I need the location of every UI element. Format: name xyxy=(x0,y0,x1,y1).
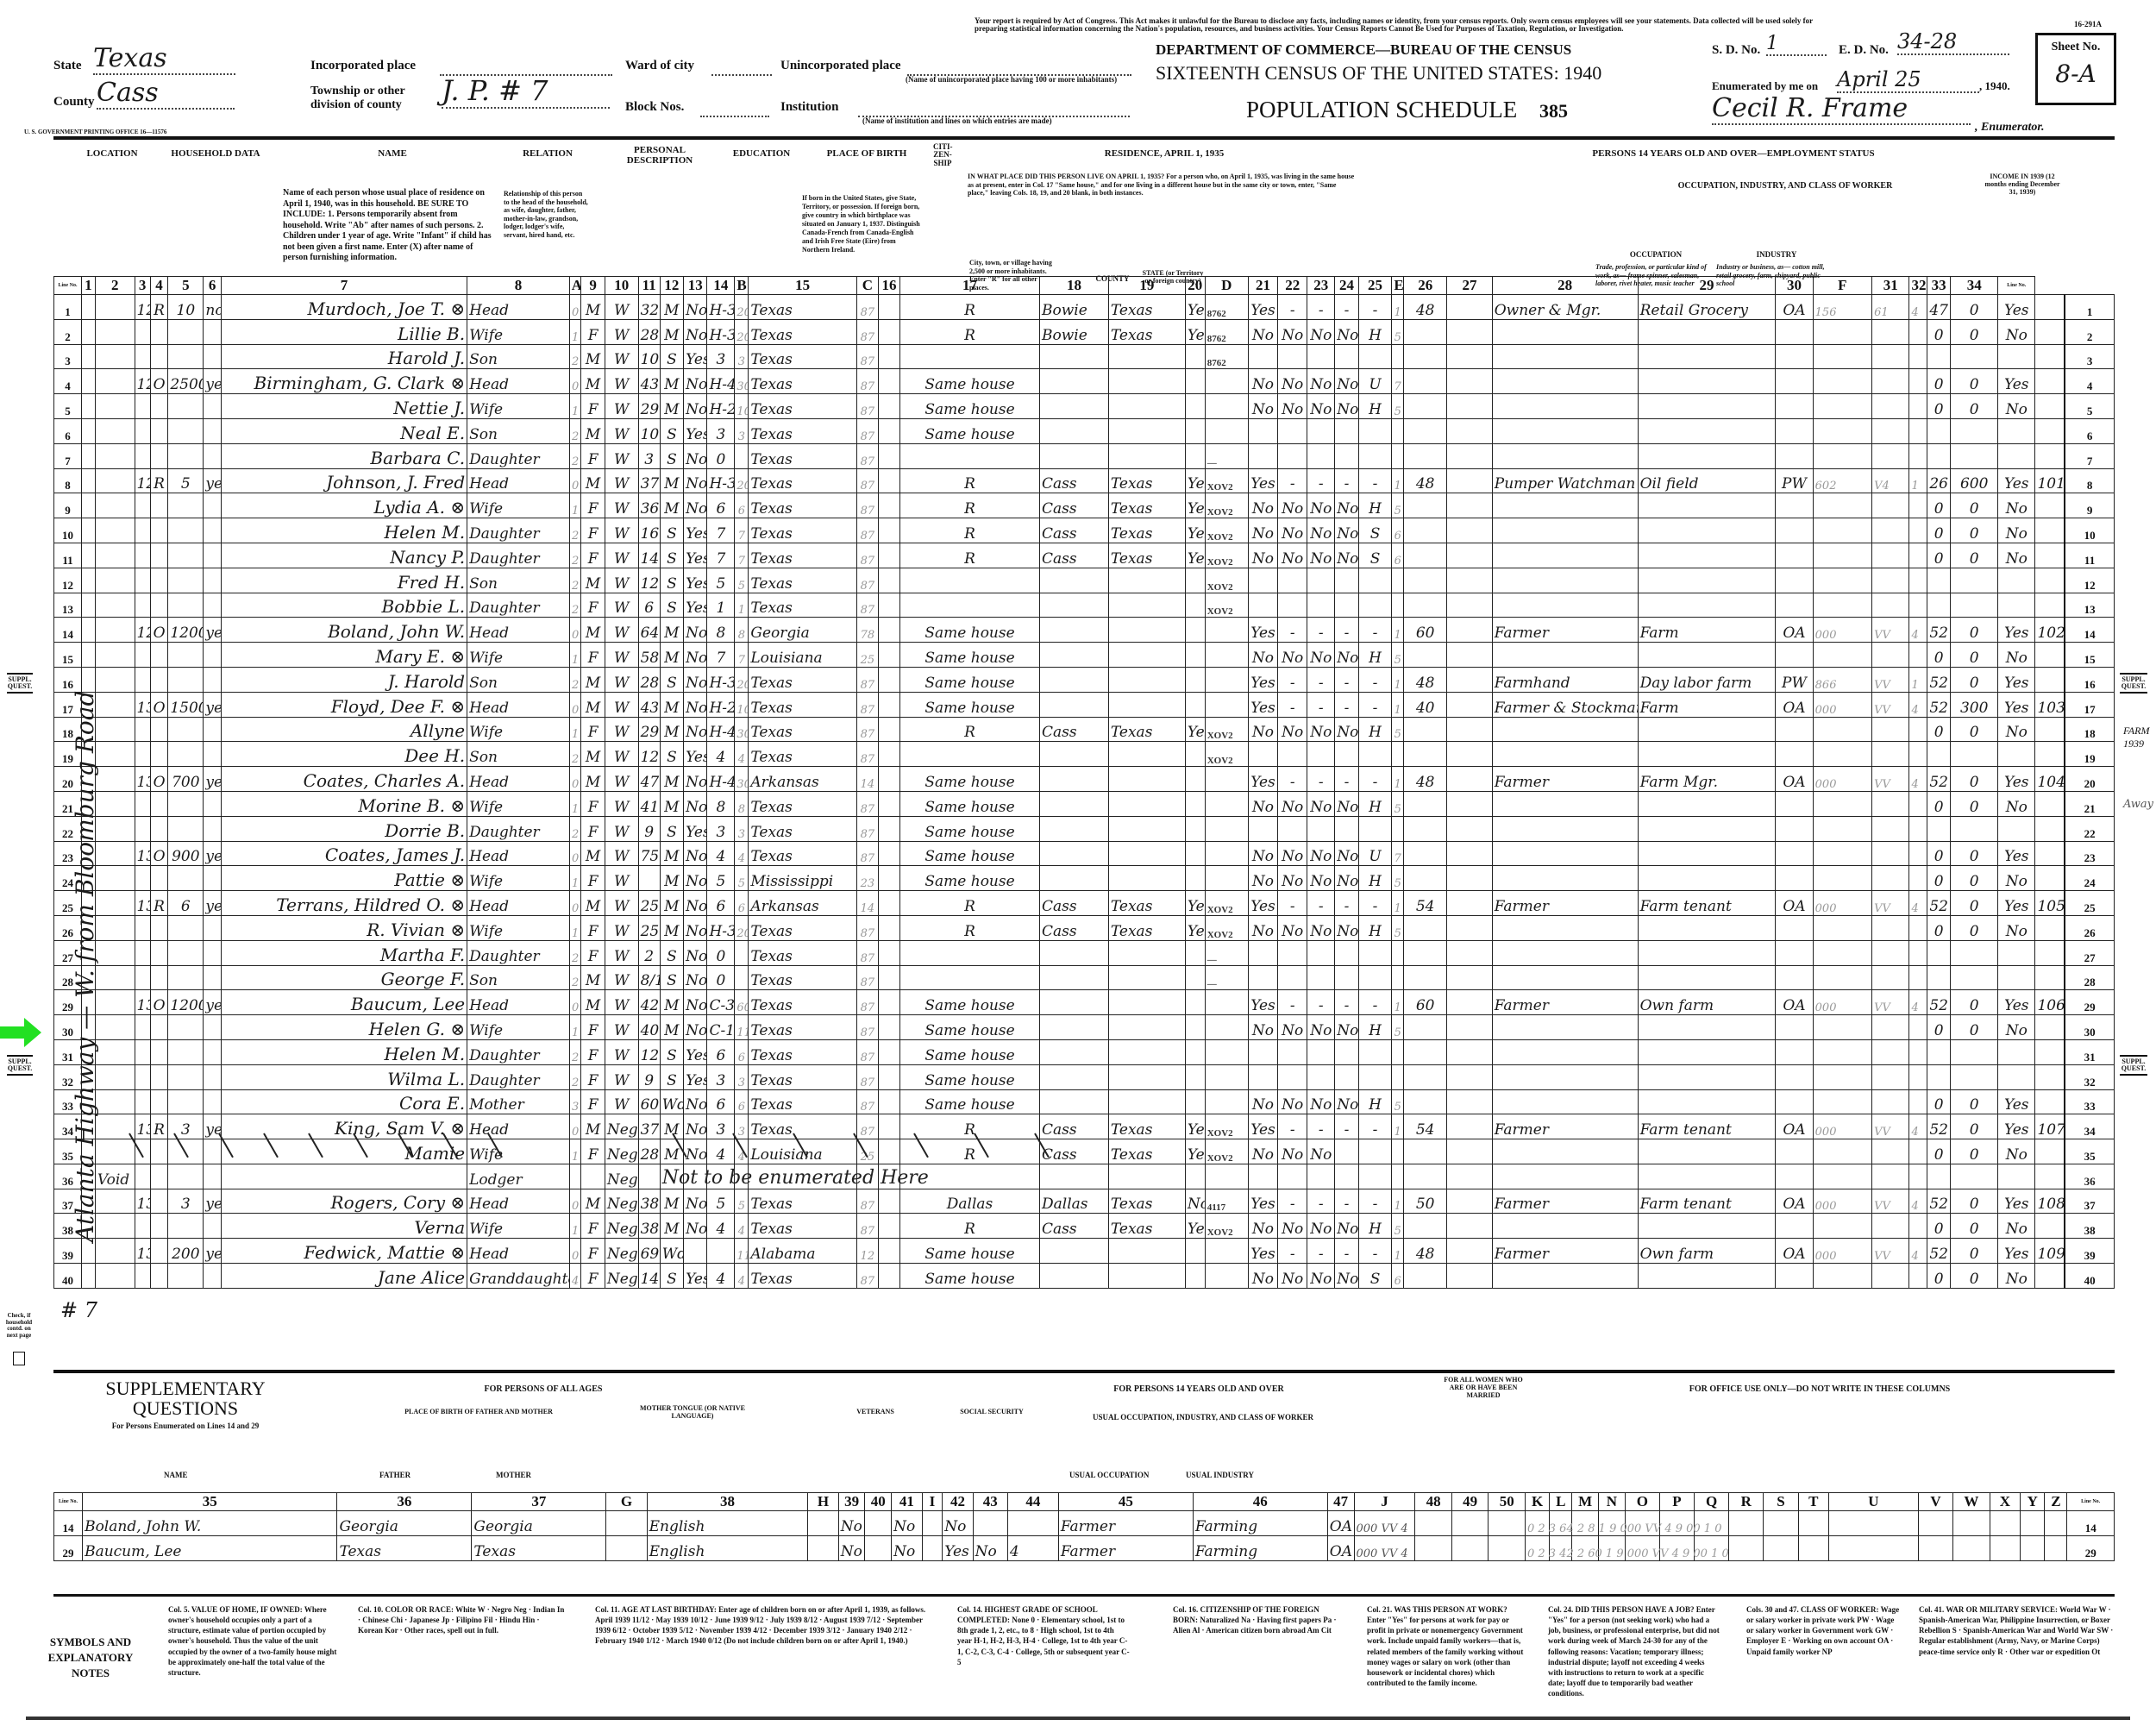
cell-ms[interactable]: S xyxy=(660,518,683,543)
cell-rst[interactable] xyxy=(1108,866,1185,891)
cell-rst[interactable] xyxy=(1108,791,1185,816)
cell-cty[interactable] xyxy=(1040,1264,1109,1289)
cell-c24[interactable]: No xyxy=(1335,1015,1358,1040)
cell-c[interactable]: 87 xyxy=(856,742,878,767)
cell-c[interactable]: 87 xyxy=(856,1264,878,1289)
cell-gr[interactable]: 4 xyxy=(707,1214,735,1239)
cell-bp[interactable]: Texas xyxy=(749,915,856,940)
cell-hh[interactable] xyxy=(135,518,150,543)
supp-cell[interactable] xyxy=(1764,1535,1798,1560)
cell-dur[interactable] xyxy=(1447,1214,1492,1239)
cell-fs[interactable]: 103 xyxy=(2035,692,2065,717)
cell-cw[interactable] xyxy=(1776,344,1813,369)
cell-a[interactable]: 0 xyxy=(569,1189,581,1214)
cell-f3[interactable] xyxy=(1909,866,1927,891)
cell-c[interactable]: 87 xyxy=(856,1064,878,1089)
cell-val[interactable]: 1500 xyxy=(168,692,204,717)
cell-sex[interactable]: M xyxy=(581,742,605,767)
cell-c22[interactable]: No xyxy=(1278,394,1307,419)
cell-cty[interactable] xyxy=(1040,940,1109,965)
cell-farm[interactable]: yes xyxy=(204,1239,222,1264)
cell-wks[interactable]: 52 xyxy=(1927,692,1950,717)
cell-farm[interactable] xyxy=(204,394,222,419)
cell-c22[interactable]: No xyxy=(1278,866,1307,891)
cell-cty[interactable]: Cass xyxy=(1040,543,1109,568)
cell-f2[interactable] xyxy=(1872,1214,1909,1239)
cell-c22[interactable]: No xyxy=(1278,319,1307,344)
cell-race[interactable]: Neg xyxy=(605,1139,638,1164)
supp-cell-w50[interactable] xyxy=(1489,1535,1526,1560)
cell-sex[interactable]: F xyxy=(581,1139,605,1164)
cell-occ[interactable]: Farmer xyxy=(1492,767,1638,792)
supp-cell[interactable] xyxy=(1828,1511,1918,1536)
cell-c24[interactable]: No xyxy=(1335,841,1358,866)
cell-bp[interactable]: Texas xyxy=(749,543,856,568)
cell-oth[interactable]: Yes xyxy=(1998,618,2035,643)
cell-c25[interactable]: - xyxy=(1358,692,1392,717)
cell-ms[interactable]: S xyxy=(660,593,683,618)
cell-ms[interactable]: M xyxy=(660,692,683,717)
cell-own[interactable] xyxy=(150,518,168,543)
cell-age[interactable]: 43 xyxy=(638,692,660,717)
cell-hrs[interactable] xyxy=(1404,1139,1447,1164)
cell-wks[interactable] xyxy=(1927,418,1950,443)
cell-cw[interactable] xyxy=(1776,1164,1813,1189)
cell-cw[interactable]: OA xyxy=(1776,990,1813,1015)
cell-sch[interactable]: Yes xyxy=(684,1264,707,1289)
cell-e[interactable]: 5 xyxy=(1392,1015,1404,1040)
cell-name[interactable]: Helen M. xyxy=(221,518,467,543)
cell-rst[interactable]: Texas xyxy=(1108,915,1185,940)
cell-a[interactable]: 2 xyxy=(569,418,581,443)
cell-age[interactable]: 10 xyxy=(638,418,660,443)
cell-hh[interactable] xyxy=(135,1264,150,1289)
cell-age[interactable]: 28 xyxy=(638,319,660,344)
cell-age[interactable]: 3 xyxy=(638,443,660,468)
cell-oth[interactable]: No xyxy=(1998,1139,2035,1164)
cell-fs[interactable] xyxy=(2035,816,2065,841)
cell-sex[interactable]: F xyxy=(581,717,605,742)
cell-rst[interactable] xyxy=(1108,1039,1185,1064)
cell-hn[interactable] xyxy=(95,543,135,568)
cell-wks[interactable]: 52 xyxy=(1927,891,1950,916)
cell-val[interactable] xyxy=(168,1089,204,1114)
supp-cell-occ[interactable]: Farmer xyxy=(1058,1511,1193,1536)
cell-d[interactable] xyxy=(1205,667,1248,692)
cell-dur[interactable] xyxy=(1447,418,1492,443)
cell-ind[interactable] xyxy=(1638,1139,1776,1164)
cell-gr[interactable]: 8 xyxy=(707,791,735,816)
cell-hh[interactable] xyxy=(135,1064,150,1089)
cell-c22[interactable]: No xyxy=(1278,841,1307,866)
cell-c25[interactable]: H xyxy=(1358,643,1392,668)
cell-val[interactable] xyxy=(168,667,204,692)
cell-race[interactable]: W xyxy=(605,1015,638,1040)
cell-cw[interactable] xyxy=(1776,543,1813,568)
cell-ind[interactable]: Day labor farm xyxy=(1638,667,1776,692)
cell-c21[interactable]: No xyxy=(1248,543,1277,568)
cell-c25[interactable]: H xyxy=(1358,1015,1392,1040)
cell-rst[interactable] xyxy=(1108,841,1185,866)
cell-c25[interactable]: - xyxy=(1358,891,1392,916)
cell-age[interactable] xyxy=(638,866,660,891)
cell-wks[interactable] xyxy=(1927,1039,1950,1064)
cell-inc[interactable] xyxy=(1951,965,1998,990)
cell-occ[interactable] xyxy=(1492,742,1638,767)
cell-a[interactable]: 1 xyxy=(569,1214,581,1239)
cell-onfarm[interactable] xyxy=(1185,1015,1205,1040)
cell-d[interactable] xyxy=(1205,1064,1248,1089)
cell-ind[interactable] xyxy=(1638,965,1776,990)
cell-cw[interactable]: OA xyxy=(1776,1189,1813,1214)
cell-e[interactable]: 7 xyxy=(1392,841,1404,866)
cell-sex[interactable]: M xyxy=(581,618,605,643)
cell-cty[interactable] xyxy=(1040,990,1109,1015)
cell-b[interactable]: 20 xyxy=(735,915,749,940)
cell-hrs[interactable]: 54 xyxy=(1404,1114,1447,1139)
cell-oth[interactable] xyxy=(1998,965,2035,990)
cell-sch[interactable]: Yes xyxy=(684,816,707,841)
cell-gr[interactable]: H-2 xyxy=(707,394,735,419)
cell-race[interactable]: W xyxy=(605,418,638,443)
cell-c25[interactable] xyxy=(1358,344,1392,369)
cell-d[interactable]: XOV2 xyxy=(1205,742,1248,767)
cell-cit[interactable] xyxy=(878,1189,899,1214)
cell-c25[interactable]: H xyxy=(1358,915,1392,940)
cell-hrs[interactable]: 60 xyxy=(1404,990,1447,1015)
cell-oth[interactable]: No xyxy=(1998,1264,2035,1289)
cell-ms[interactable]: M xyxy=(660,767,683,792)
cell-ind[interactable] xyxy=(1638,940,1776,965)
cell-hn[interactable] xyxy=(95,1039,135,1064)
cell-age[interactable]: 12 xyxy=(638,1039,660,1064)
cell-oth[interactable]: Yes xyxy=(1998,468,2035,493)
cell-sch[interactable]: No xyxy=(684,618,707,643)
cell-cw[interactable]: PW xyxy=(1776,468,1813,493)
cell-st[interactable] xyxy=(81,543,95,568)
cell-city[interactable]: Same house xyxy=(900,1015,1040,1040)
cell-gr[interactable]: 3 xyxy=(707,418,735,443)
cell-hn[interactable] xyxy=(95,319,135,344)
cell-e[interactable]: 5 xyxy=(1392,717,1404,742)
cell-rel[interactable]: Granddaughter xyxy=(467,1264,570,1289)
cell-f2[interactable] xyxy=(1872,915,1909,940)
cell-d[interactable]: 4117 xyxy=(1205,1189,1248,1214)
cell-e[interactable]: 1 xyxy=(1392,295,1404,320)
cell-city[interactable]: R xyxy=(900,915,1040,940)
cell-c24[interactable]: No xyxy=(1335,1264,1358,1289)
ward-field[interactable] xyxy=(711,60,772,76)
cell-wks[interactable]: 0 xyxy=(1927,1089,1950,1114)
cell-e[interactable]: 5 xyxy=(1392,791,1404,816)
cell-occ[interactable]: Pumper Watchman xyxy=(1492,468,1638,493)
cell-sex[interactable]: M xyxy=(581,1189,605,1214)
cell-sch[interactable]: No xyxy=(684,866,707,891)
cell-b[interactable]: 7 xyxy=(735,643,749,668)
cell-b[interactable]: 10 xyxy=(735,692,749,717)
cell-d[interactable]: XOV2 xyxy=(1205,518,1248,543)
cell-inc[interactable]: 0 xyxy=(1951,915,1998,940)
cell-val[interactable] xyxy=(168,1064,204,1089)
cell-c25[interactable]: - xyxy=(1358,1189,1392,1214)
cell-c21[interactable]: No xyxy=(1248,1264,1277,1289)
supp-cell[interactable] xyxy=(1798,1511,1828,1536)
cell-fs[interactable] xyxy=(2035,1089,2065,1114)
cell-a[interactable]: 2 xyxy=(569,940,581,965)
cell-name[interactable]: Dorrie B. xyxy=(221,816,467,841)
cell-name[interactable]: Fedwick, Mattie ⊗ xyxy=(221,1239,467,1264)
cell-own[interactable] xyxy=(150,1264,168,1289)
cell-inc[interactable]: 0 xyxy=(1951,1015,1998,1040)
cell-race[interactable]: W xyxy=(605,767,638,792)
cell-f1[interactable] xyxy=(1813,866,1871,891)
cell-gr[interactable]: 0 xyxy=(707,443,735,468)
cell-f2[interactable] xyxy=(1872,791,1909,816)
cell-cty[interactable]: Cass xyxy=(1040,468,1109,493)
cell-inc[interactable]: 0 xyxy=(1951,990,1998,1015)
cell-ms[interactable]: S xyxy=(660,443,683,468)
cell-rst[interactable] xyxy=(1108,418,1185,443)
cell-race[interactable]: W xyxy=(605,1064,638,1089)
cell-d[interactable] xyxy=(1205,394,1248,419)
cell-cw[interactable] xyxy=(1776,1264,1813,1289)
cell-farm[interactable] xyxy=(204,915,222,940)
cell-bp[interactable]: Texas xyxy=(749,841,856,866)
cell-cty[interactable]: Bowie xyxy=(1040,319,1109,344)
cell-f1[interactable] xyxy=(1813,493,1871,518)
cell-dur[interactable] xyxy=(1447,816,1492,841)
cell-c25[interactable] xyxy=(1358,1064,1392,1089)
cell-hh[interactable]: 136 xyxy=(135,1189,150,1214)
cell-f2[interactable] xyxy=(1872,443,1909,468)
cell-wks[interactable] xyxy=(1927,1164,1950,1189)
cell-fs[interactable] xyxy=(2035,1039,2065,1064)
cell-age[interactable]: 37 xyxy=(638,1114,660,1139)
cell-c21[interactable]: No xyxy=(1248,915,1277,940)
cell-d[interactable]: XOV2 xyxy=(1205,915,1248,940)
cell-sex[interactable]: F xyxy=(581,319,605,344)
cell-sch[interactable]: No xyxy=(684,1189,707,1214)
cell-race[interactable]: Neg xyxy=(605,1264,638,1289)
cell-farm[interactable] xyxy=(204,1164,222,1189)
cell-cit[interactable] xyxy=(878,394,899,419)
cell-cw[interactable] xyxy=(1776,841,1813,866)
cell-own[interactable] xyxy=(150,593,168,618)
cell-hn[interactable] xyxy=(95,1264,135,1289)
cell-dur[interactable] xyxy=(1447,618,1492,643)
cell-ms[interactable]: S xyxy=(660,568,683,593)
supp-cell-lang[interactable]: English xyxy=(647,1535,808,1560)
cell-gr[interactable]: H-3 xyxy=(707,667,735,692)
cell-d[interactable]: XOV2 xyxy=(1205,568,1248,593)
cell-rst[interactable]: Texas xyxy=(1108,891,1185,916)
cell-own[interactable] xyxy=(150,791,168,816)
cell-c25[interactable]: H xyxy=(1358,866,1392,891)
cell-hh[interactable]: 126 xyxy=(135,295,150,320)
cell-a[interactable]: 3 xyxy=(569,1089,581,1114)
cell-cit[interactable] xyxy=(878,1089,899,1114)
cell-hrs[interactable] xyxy=(1404,1089,1447,1114)
cell-age[interactable]: 41 xyxy=(638,791,660,816)
cell-bp[interactable]: Texas xyxy=(749,568,856,593)
cell-ms[interactable]: M xyxy=(660,295,683,320)
cell-sch[interactable]: Yes xyxy=(684,1039,707,1064)
cell-race[interactable]: W xyxy=(605,891,638,916)
cell-b[interactable]: 30 xyxy=(735,369,749,394)
cell-hn[interactable] xyxy=(95,369,135,394)
cell-dur[interactable] xyxy=(1447,369,1492,394)
cell-sex[interactable]: M xyxy=(581,841,605,866)
cell-rst[interactable] xyxy=(1108,692,1185,717)
cell-occ[interactable] xyxy=(1492,493,1638,518)
cell-inc[interactable] xyxy=(1951,593,1998,618)
cell-hrs[interactable]: 60 xyxy=(1404,618,1447,643)
cell-cty[interactable] xyxy=(1040,841,1109,866)
cell-ms[interactable]: S xyxy=(660,1264,683,1289)
cell-onfarm[interactable] xyxy=(1185,791,1205,816)
cell-hrs[interactable] xyxy=(1404,841,1447,866)
cell-sex[interactable]: F xyxy=(581,443,605,468)
cell-dur[interactable] xyxy=(1447,1114,1492,1139)
cell-c24[interactable] xyxy=(1335,1139,1358,1164)
cell-gr[interactable]: 3 xyxy=(707,344,735,369)
cell-fs[interactable] xyxy=(2035,866,2065,891)
cell-a[interactable]: 2 xyxy=(569,1039,581,1064)
cell-rel[interactable]: Son xyxy=(467,418,570,443)
cell-c22[interactable]: No xyxy=(1278,717,1307,742)
cell-fs[interactable] xyxy=(2035,543,2065,568)
cell-onfarm[interactable] xyxy=(1185,1039,1205,1064)
cell-c23[interactable] xyxy=(1307,1039,1335,1064)
cell-rst[interactable] xyxy=(1108,742,1185,767)
cell-race[interactable]: W xyxy=(605,344,638,369)
cell-cit[interactable] xyxy=(878,643,899,668)
cell-f1[interactable]: 156 xyxy=(1813,295,1871,320)
cell-sex[interactable]: F xyxy=(581,866,605,891)
cell-cw[interactable]: OA xyxy=(1776,618,1813,643)
cell-c22[interactable]: - xyxy=(1278,692,1307,717)
cell-inc[interactable]: 0 xyxy=(1951,667,1998,692)
cell-f1[interactable] xyxy=(1813,1264,1871,1289)
cell-c22[interactable] xyxy=(1278,1039,1307,1064)
cell-age[interactable]: 25 xyxy=(638,891,660,916)
cell-val[interactable] xyxy=(168,791,204,816)
cell-bp[interactable]: Texas xyxy=(749,990,856,1015)
cell-f3[interactable] xyxy=(1909,568,1927,593)
cell-b[interactable]: 5 xyxy=(735,866,749,891)
cell-cty[interactable] xyxy=(1040,394,1109,419)
cell-oth[interactable]: Yes xyxy=(1998,891,2035,916)
cell-f1[interactable] xyxy=(1813,369,1871,394)
cell-ind[interactable] xyxy=(1638,866,1776,891)
cell-f3[interactable] xyxy=(1909,543,1927,568)
cell-hn[interactable] xyxy=(95,344,135,369)
cell-city[interactable] xyxy=(900,742,1040,767)
cell-f3[interactable] xyxy=(1909,1139,1927,1164)
cell-inc[interactable]: 0 xyxy=(1951,643,1998,668)
cell-a[interactable]: 2 xyxy=(569,667,581,692)
cell-val[interactable]: 1200 xyxy=(168,618,204,643)
cell-hn[interactable] xyxy=(95,742,135,767)
cell-cit[interactable] xyxy=(878,493,899,518)
supp-cell-v40[interactable] xyxy=(865,1511,892,1536)
cell-occ[interactable]: Farmer xyxy=(1492,1239,1638,1264)
cell-fs[interactable] xyxy=(2035,344,2065,369)
cell-city[interactable] xyxy=(900,593,1040,618)
cell-own[interactable] xyxy=(150,965,168,990)
cell-b[interactable]: 3 xyxy=(735,344,749,369)
cell-sch[interactable]: No xyxy=(684,692,707,717)
cell-hn[interactable] xyxy=(95,965,135,990)
cell-own[interactable]: O xyxy=(150,692,168,717)
cell-age[interactable]: 60 xyxy=(638,1089,660,1114)
cell-hrs[interactable] xyxy=(1404,717,1447,742)
cell-c[interactable]: 87 xyxy=(856,717,878,742)
cell-f2[interactable] xyxy=(1872,593,1909,618)
cell-f3[interactable] xyxy=(1909,593,1927,618)
cell-ms[interactable]: M xyxy=(660,841,683,866)
cell-rel[interactable]: Son xyxy=(467,568,570,593)
cell-ms[interactable]: S xyxy=(660,940,683,965)
cell-e[interactable] xyxy=(1392,418,1404,443)
cell-inc[interactable]: 600 xyxy=(1951,468,1998,493)
cell-f3[interactable]: 4 xyxy=(1909,295,1927,320)
cell-rel[interactable]: Daughter xyxy=(467,1039,570,1064)
cell-bp[interactable]: Louisiana xyxy=(749,643,856,668)
cell-f2[interactable] xyxy=(1872,518,1909,543)
cell-hh[interactable] xyxy=(135,593,150,618)
cell-bp[interactable]: Texas xyxy=(749,1064,856,1089)
cell-onfarm[interactable] xyxy=(1185,1164,1205,1189)
cell-rst[interactable] xyxy=(1108,1064,1185,1089)
cell-occ[interactable] xyxy=(1492,791,1638,816)
cell-c22[interactable]: - xyxy=(1278,891,1307,916)
cell-bp[interactable]: Texas xyxy=(749,418,856,443)
cell-d[interactable]: XOV2 xyxy=(1205,1114,1248,1139)
cell-name[interactable]: Birmingham, G. Clark ⊗ xyxy=(221,369,467,394)
cell-c25[interactable] xyxy=(1358,1139,1392,1164)
cell-f1[interactable] xyxy=(1813,915,1871,940)
cell-city[interactable] xyxy=(900,965,1040,990)
supp-cell-vet41[interactable]: No xyxy=(892,1535,922,1560)
cell-f2[interactable]: VV xyxy=(1872,667,1909,692)
cell-cit[interactable] xyxy=(878,767,899,792)
cell-onfarm[interactable]: Yes xyxy=(1185,717,1205,742)
cell-f1[interactable] xyxy=(1813,319,1871,344)
cell-e[interactable] xyxy=(1392,816,1404,841)
cell-cty[interactable] xyxy=(1040,742,1109,767)
cell-c25[interactable] xyxy=(1358,1164,1392,1189)
cell-race[interactable]: W xyxy=(605,518,638,543)
cell-hh[interactable] xyxy=(135,319,150,344)
cell-val[interactable] xyxy=(168,643,204,668)
cell-c24[interactable] xyxy=(1335,344,1358,369)
cell-rel[interactable]: Wife xyxy=(467,915,570,940)
cell-hrs[interactable] xyxy=(1404,369,1447,394)
cell-onfarm[interactable] xyxy=(1185,866,1205,891)
cell-sch[interactable]: Yes xyxy=(684,518,707,543)
cell-city[interactable]: Same house xyxy=(900,791,1040,816)
cell-name[interactable]: Rogers, Cory ⊗ xyxy=(221,1189,467,1214)
cell-c24[interactable] xyxy=(1335,940,1358,965)
cell-f3[interactable] xyxy=(1909,1015,1927,1040)
supp-cell-ss44[interactable] xyxy=(1007,1511,1058,1536)
cell-cit[interactable] xyxy=(878,344,899,369)
cell-rel[interactable]: Head xyxy=(467,1114,570,1139)
cell-sex[interactable]: M xyxy=(581,1114,605,1139)
cell-ms[interactable]: M xyxy=(660,468,683,493)
cell-f3[interactable] xyxy=(1909,841,1927,866)
